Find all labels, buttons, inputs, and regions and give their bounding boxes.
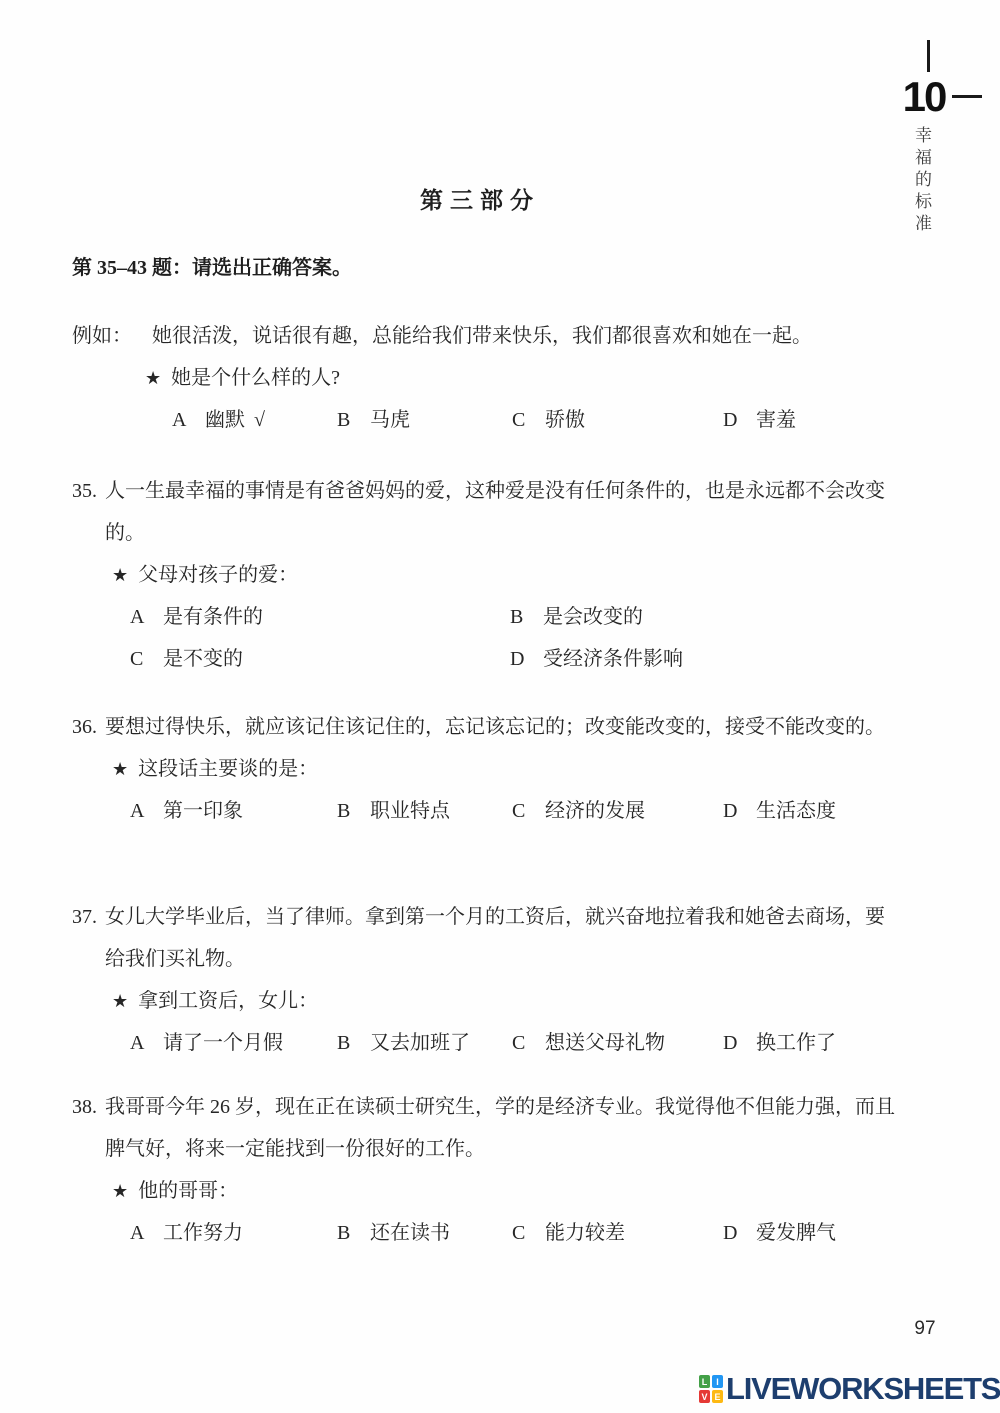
question-36-options: A第一印象 B职业特点 C经济的发展 D生活态度 bbox=[130, 790, 902, 832]
question-38-option-c[interactable]: C能力较差 bbox=[512, 1212, 723, 1254]
example-passage: 她很活泼，说话很有趣，总能给我们带来快乐，我们都很喜欢和她在一起。 bbox=[152, 315, 902, 357]
example-options-row: A幽默√ B马虎 C骄傲 D害羞 bbox=[172, 399, 902, 441]
question-36-passage: 要想过得快乐，就应该记住该记住的，忘记该忘记的；改变能改变的，接受不能改变的。 bbox=[105, 706, 902, 748]
question-37-option-b[interactable]: B又去加班了 bbox=[337, 1022, 512, 1064]
question-37-number: 37. bbox=[72, 896, 105, 938]
question-38-options: A工作努力 B还在读书 C能力较差 D爱发脾气 bbox=[130, 1212, 902, 1254]
chapter-tick-vertical bbox=[927, 40, 930, 72]
question-36: 36. 要想过得快乐，就应该记住该记住的，忘记该忘记的；改变能改变的，接受不能改… bbox=[72, 706, 902, 832]
question-37-option-c[interactable]: C想送父母礼物 bbox=[512, 1022, 723, 1064]
question-38-prompt: 他的哥哥： bbox=[138, 1180, 238, 1202]
question-35-passage-row: 35. 人一生最幸福的事情是有爸爸妈妈的爱，这种爱是没有任何条件的，也是永远都不… bbox=[72, 470, 902, 554]
question-36-passage-row: 36. 要想过得快乐，就应该记住该记住的，忘记该忘记的；改变能改变的，接受不能改… bbox=[72, 706, 902, 748]
question-36-option-a[interactable]: A第一印象 bbox=[130, 790, 337, 832]
question-38-option-d[interactable]: D爱发脾气 bbox=[723, 1212, 902, 1254]
chapter-tick-horizontal bbox=[952, 95, 982, 98]
example-question-line: ★她是个什么样的人? bbox=[72, 357, 902, 399]
question-36-option-d[interactable]: D生活态度 bbox=[723, 790, 902, 832]
question-36-number: 36. bbox=[72, 706, 105, 748]
question-37-options: A请了一个月假 B又去加班了 C想送父母礼物 D换工作了 bbox=[130, 1022, 902, 1064]
question-35-prompt-line: ★父母对孩子的爱： bbox=[72, 554, 902, 596]
question-38-option-b[interactable]: B还在读书 bbox=[337, 1212, 512, 1254]
example-label: 例如： bbox=[72, 315, 152, 357]
question-37-option-a[interactable]: A请了一个月假 bbox=[130, 1022, 337, 1064]
question-35-options: A是有条件的 B是会改变的 C是不变的 D受经济条件影响 bbox=[130, 596, 902, 680]
chapter-title-vertical: 幸福的标准 bbox=[909, 126, 934, 236]
question-37-option-d[interactable]: D换工作了 bbox=[723, 1022, 902, 1064]
star-icon: ★ bbox=[112, 980, 128, 1022]
question-35-option-c[interactable]: C是不变的 bbox=[130, 638, 510, 680]
checkmark-icon: √ bbox=[254, 409, 265, 431]
liveworksheets-wordmark: LIVEWORKSHEETS bbox=[726, 1371, 1000, 1407]
liveworksheets-logo[interactable]: L I V E LIVEWORKSHEETS bbox=[699, 1371, 1000, 1407]
question-35-option-b[interactable]: B是会改变的 bbox=[510, 596, 902, 638]
question-35-passage: 人一生最幸福的事情是有爸爸妈妈的爱，这种爱是没有任何条件的，也是永远都不会改变的… bbox=[105, 470, 902, 554]
star-icon: ★ bbox=[112, 554, 128, 596]
liveworksheets-tiles-icon: L I V E bbox=[699, 1375, 723, 1403]
question-35-number: 35. bbox=[72, 470, 105, 512]
example-option-b[interactable]: B马虎 bbox=[337, 399, 512, 441]
question-37-prompt: 拿到工资后，女儿： bbox=[138, 990, 318, 1012]
question-38-passage-row: 38. 我哥哥今年 26 岁，现在正在读硕士研究生，学的是经济专业。我觉得他不但… bbox=[72, 1086, 902, 1170]
question-36-option-c[interactable]: C经济的发展 bbox=[512, 790, 723, 832]
example-option-c[interactable]: C骄傲 bbox=[512, 399, 723, 441]
question-38: 38. 我哥哥今年 26 岁，现在正在读硕士研究生，学的是经济专业。我觉得他不但… bbox=[72, 1086, 902, 1254]
question-38-passage: 我哥哥今年 26 岁，现在正在读硕士研究生，学的是经济专业。我觉得他不但能力强，… bbox=[105, 1086, 902, 1170]
question-38-option-a[interactable]: A工作努力 bbox=[130, 1212, 337, 1254]
question-37: 37. 女儿大学毕业后，当了律师。拿到第一个月的工资后，就兴奋地拉着我和她爸去商… bbox=[72, 896, 902, 1064]
star-icon: ★ bbox=[145, 357, 161, 399]
star-icon: ★ bbox=[112, 748, 128, 790]
question-37-passage-row: 37. 女儿大学毕业后，当了律师。拿到第一个月的工资后，就兴奋地拉着我和她爸去商… bbox=[72, 896, 902, 980]
question-37-prompt-line: ★拿到工资后，女儿： bbox=[72, 980, 902, 1022]
question-35-option-a[interactable]: A是有条件的 bbox=[130, 596, 510, 638]
star-icon: ★ bbox=[112, 1170, 128, 1212]
question-36-prompt: 这段话主要谈的是： bbox=[138, 758, 318, 780]
question-37-passage: 女儿大学毕业后，当了律师。拿到第一个月的工资后，就兴奋地拉着我和她爸去商场，要给… bbox=[105, 896, 902, 980]
scanned-worksheet-page: 10 幸福的标准 第三部分 第 35–43 题：请选出正确答案。 例如： 她很活… bbox=[0, 0, 1000, 1413]
example-block: 例如： 她很活泼，说话很有趣，总能给我们带来快乐，我们都很喜欢和她在一起。 ★她… bbox=[72, 315, 902, 441]
example-option-a[interactable]: A幽默√ bbox=[172, 399, 337, 441]
example-question: 她是个什么样的人? bbox=[171, 367, 340, 389]
example-passage-row: 例如： 她很活泼，说话很有趣，总能给我们带来快乐，我们都很喜欢和她在一起。 bbox=[72, 315, 902, 357]
chapter-tab: 10 幸福的标准 bbox=[900, 40, 1000, 250]
page-number: 97 bbox=[908, 1318, 942, 1340]
question-36-option-b[interactable]: B职业特点 bbox=[337, 790, 512, 832]
question-38-prompt-line: ★他的哥哥： bbox=[72, 1170, 902, 1212]
question-38-number: 38. bbox=[72, 1086, 105, 1128]
question-35: 35. 人一生最幸福的事情是有爸爸妈妈的爱，这种爱是没有任何条件的，也是永远都不… bbox=[72, 470, 902, 680]
question-36-prompt-line: ★这段话主要谈的是： bbox=[72, 748, 902, 790]
example-option-d[interactable]: D害羞 bbox=[723, 399, 902, 441]
question-35-prompt: 父母对孩子的爱： bbox=[138, 564, 298, 586]
chapter-number: 10 bbox=[902, 76, 946, 118]
instructions: 第 35–43 题：请选出正确答案。 bbox=[72, 247, 352, 289]
section-title: 第三部分 bbox=[0, 182, 960, 215]
question-35-option-d[interactable]: D受经济条件影响 bbox=[510, 638, 902, 680]
